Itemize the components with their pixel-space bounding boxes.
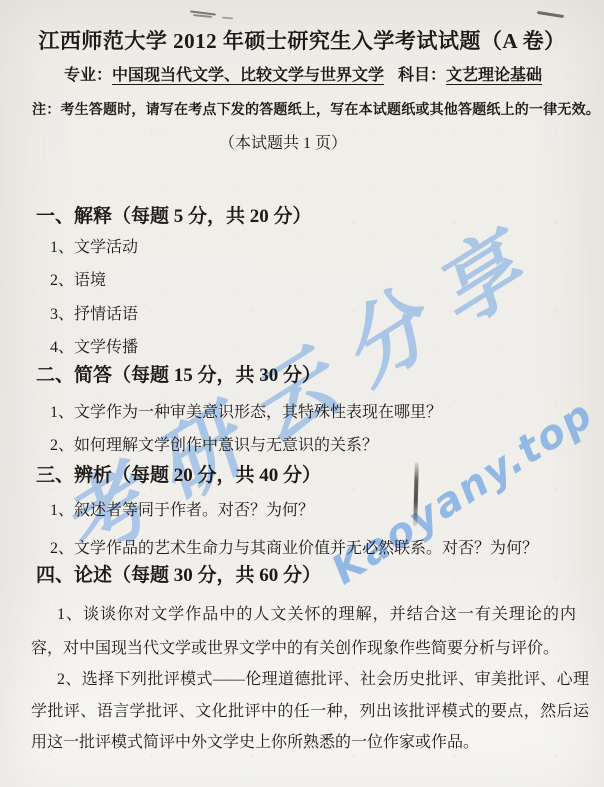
section-heading-2: 二、简答（每题 15 分，共 30 分） (36, 362, 321, 389)
exam-paper-page: 考研云分享 Kaoyany.top 江西师范大学 2012 年硕士研究生入学考试… (0, 0, 604, 787)
exam-item: 1、文学活动 (50, 236, 138, 260)
exam-item: 2、语境 (50, 269, 106, 293)
exam-paragraph: 2、选择下列批评模式——伦理道德批评、社会历史批评、审美批评、心理学批评、语言学… (31, 664, 589, 759)
scan-mark-top-right (537, 11, 564, 18)
subject-value: 文艺理论基础 (446, 67, 542, 84)
exam-item: 3、抒情话语 (50, 303, 138, 327)
exam-note: 注：考生答题时，请写在考点下发的答题纸上，写在本试题纸或其他答题纸上的一律无效。 (32, 99, 594, 123)
section-heading-3: 三、辨析（每题 20 分，共 40 分） (36, 462, 321, 489)
exam-item: 2、文学作品的艺术生命力与其商业价值并无必然联系。对否？为何？ (50, 537, 538, 561)
subject-label: 科目： (398, 67, 446, 84)
page-title: 江西师范大学 2012 年硕士研究生入学考试试题（A 卷） (0, 24, 604, 58)
exam-item: 1、叙述者等同于作者。对否？为何？ (50, 499, 314, 523)
exam-meta-line: 专业：中国现当代文学、比较文学与世界文学科目：文艺理论基础 (64, 62, 542, 89)
section-heading-1: 一、解释（每题 5 分，共 20 分） (36, 203, 312, 230)
exam-item: 4、文学传播 (50, 336, 138, 360)
page-count: （本试题共 1 页） (0, 130, 604, 157)
section-heading-4: 四、论述（每题 30 分，共 60 分） (36, 562, 321, 589)
exam-item: 2、如何理解文学创作中意识与无意识的关系？ (50, 434, 378, 458)
major-label: 专业： (64, 67, 112, 84)
scan-mark-top-left-3 (222, 17, 233, 19)
scan-smudge-vertical (413, 462, 418, 526)
exam-item: 1、文学作为一种审美意识形态，其特殊性表现在哪里？ (50, 401, 442, 425)
exam-paragraph: 1、谈谈你对文学作品中的人文关怀的理解，并结合这一有关理论的内容，对中国现当代文… (31, 598, 576, 666)
major-value: 中国现当代文学、比较文学与世界文学 (112, 67, 384, 84)
